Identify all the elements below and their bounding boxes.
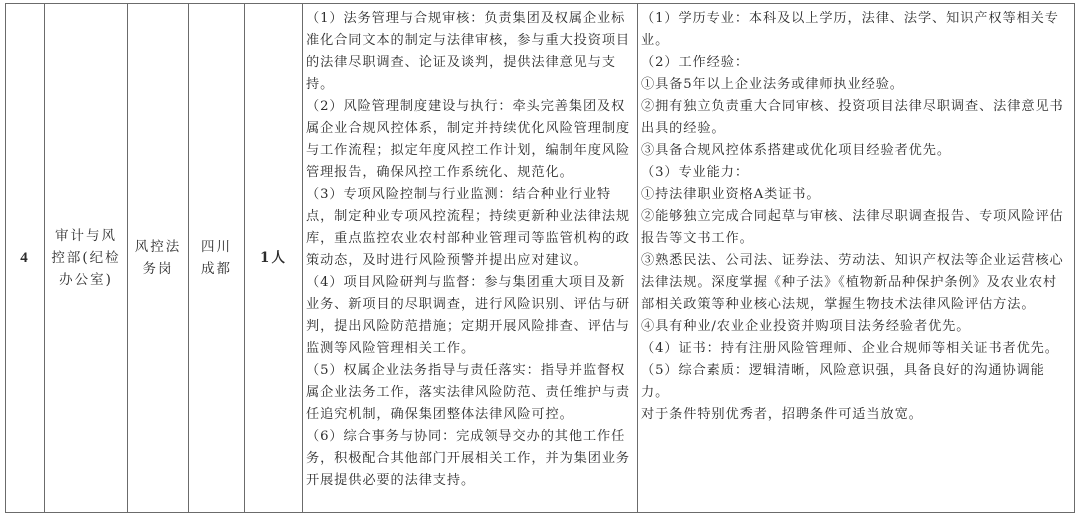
requirement-item: ④具有种业/农业企业投资并购项目法务经验者优先。 bbox=[641, 316, 1071, 338]
duty-item: （5）权属企业法务指导与责任落实：指导并监督权属企业法务工作，落实法律风险防范、… bbox=[306, 360, 634, 426]
row-index: 4 bbox=[20, 247, 30, 269]
duty-item: （4）项目风险研判与监督：参与集团重大项目及新业务、新项目的尽职调查，进行风险识… bbox=[306, 272, 634, 360]
position-line: 风控法 bbox=[135, 236, 182, 258]
cell-index: 4 bbox=[5, 4, 44, 512]
requirement-item: 对于条件特别优秀者，招聘条件可适当放宽。 bbox=[641, 404, 1071, 426]
duty-item: （1）法务管理与合规审核：负责集团及权属企业标准化合同文本的制定与法律审核，参与… bbox=[306, 8, 634, 96]
requirement-item: （3）专业能力： bbox=[641, 162, 1071, 184]
cell-location: 四川 成都 bbox=[188, 4, 244, 512]
requirement-item: ①具备5年以上企业法务或律师执业经验。 bbox=[641, 74, 1071, 96]
cell-duties: （1）法务管理与合规审核：负责集团及权属企业标准化合同文本的制定与法律审核，参与… bbox=[302, 4, 637, 512]
requirement-item: ③具备合规风控体系搭建或优化项目经验者优先。 bbox=[641, 140, 1071, 162]
duty-item: （3）专项风险控制与行业监测：结合种业行业特点，制定种业专项风控流程；持续更新种… bbox=[306, 184, 634, 272]
requirement-item: ①持法律职业资格A类证书。 bbox=[641, 184, 1071, 206]
job-posting-table: 4 审计与风 控部(纪检 办公室) 风控法 务岗 四川 成都 1人 （1）法务管… bbox=[5, 3, 1075, 513]
headcount: 1人 bbox=[260, 247, 287, 269]
duty-item: （2）风险管理制度建设与执行：牵头完善集团及权属企业合规风控体系，制定并持续优化… bbox=[306, 96, 634, 184]
location-line: 成都 bbox=[201, 258, 232, 280]
position-line: 务岗 bbox=[135, 258, 182, 280]
cell-position: 风控法 务岗 bbox=[127, 4, 188, 512]
duty-item: （6）综合事务与协同：完成领导交办的其他工作任务，积极配合其他部门开展相关工作，… bbox=[306, 426, 634, 492]
requirement-item: （2）工作经验： bbox=[641, 52, 1071, 74]
requirement-item: ②拥有独立负责重大合同审核、投资项目法律尽职调查、法律意见书出具的经验。 bbox=[641, 96, 1071, 140]
requirement-item: ③熟悉民法、公司法、证券法、劳动法、知识产权法等企业运营核心法律法规。深度掌握《… bbox=[641, 250, 1071, 316]
cell-headcount: 1人 bbox=[244, 4, 302, 512]
department-line: 办公室) bbox=[51, 269, 120, 291]
requirement-item: （4）证书：持有注册风险管理师、企业合规师等相关证书者优先。 bbox=[641, 338, 1071, 360]
department-line: 控部(纪检 bbox=[51, 247, 120, 269]
requirement-item: （1）学历专业：本科及以上学历，法律、法学、知识产权等相关专业。 bbox=[641, 8, 1071, 52]
cell-department: 审计与风 控部(纪检 办公室) bbox=[44, 4, 127, 512]
requirement-item: （5）综合素质：逻辑清晰，风险意识强，具备良好的沟通协调能力。 bbox=[641, 360, 1071, 404]
location-line: 四川 bbox=[201, 236, 232, 258]
department-line: 审计与风 bbox=[51, 225, 120, 247]
requirement-item: ②能够独立完成合同起草与审核、法律尽职调查报告、专项风险评估报告等文书工作。 bbox=[641, 206, 1071, 250]
cell-requirements: （1）学历专业：本科及以上学历，法律、法学、知识产权等相关专业。 （2）工作经验… bbox=[637, 4, 1075, 512]
